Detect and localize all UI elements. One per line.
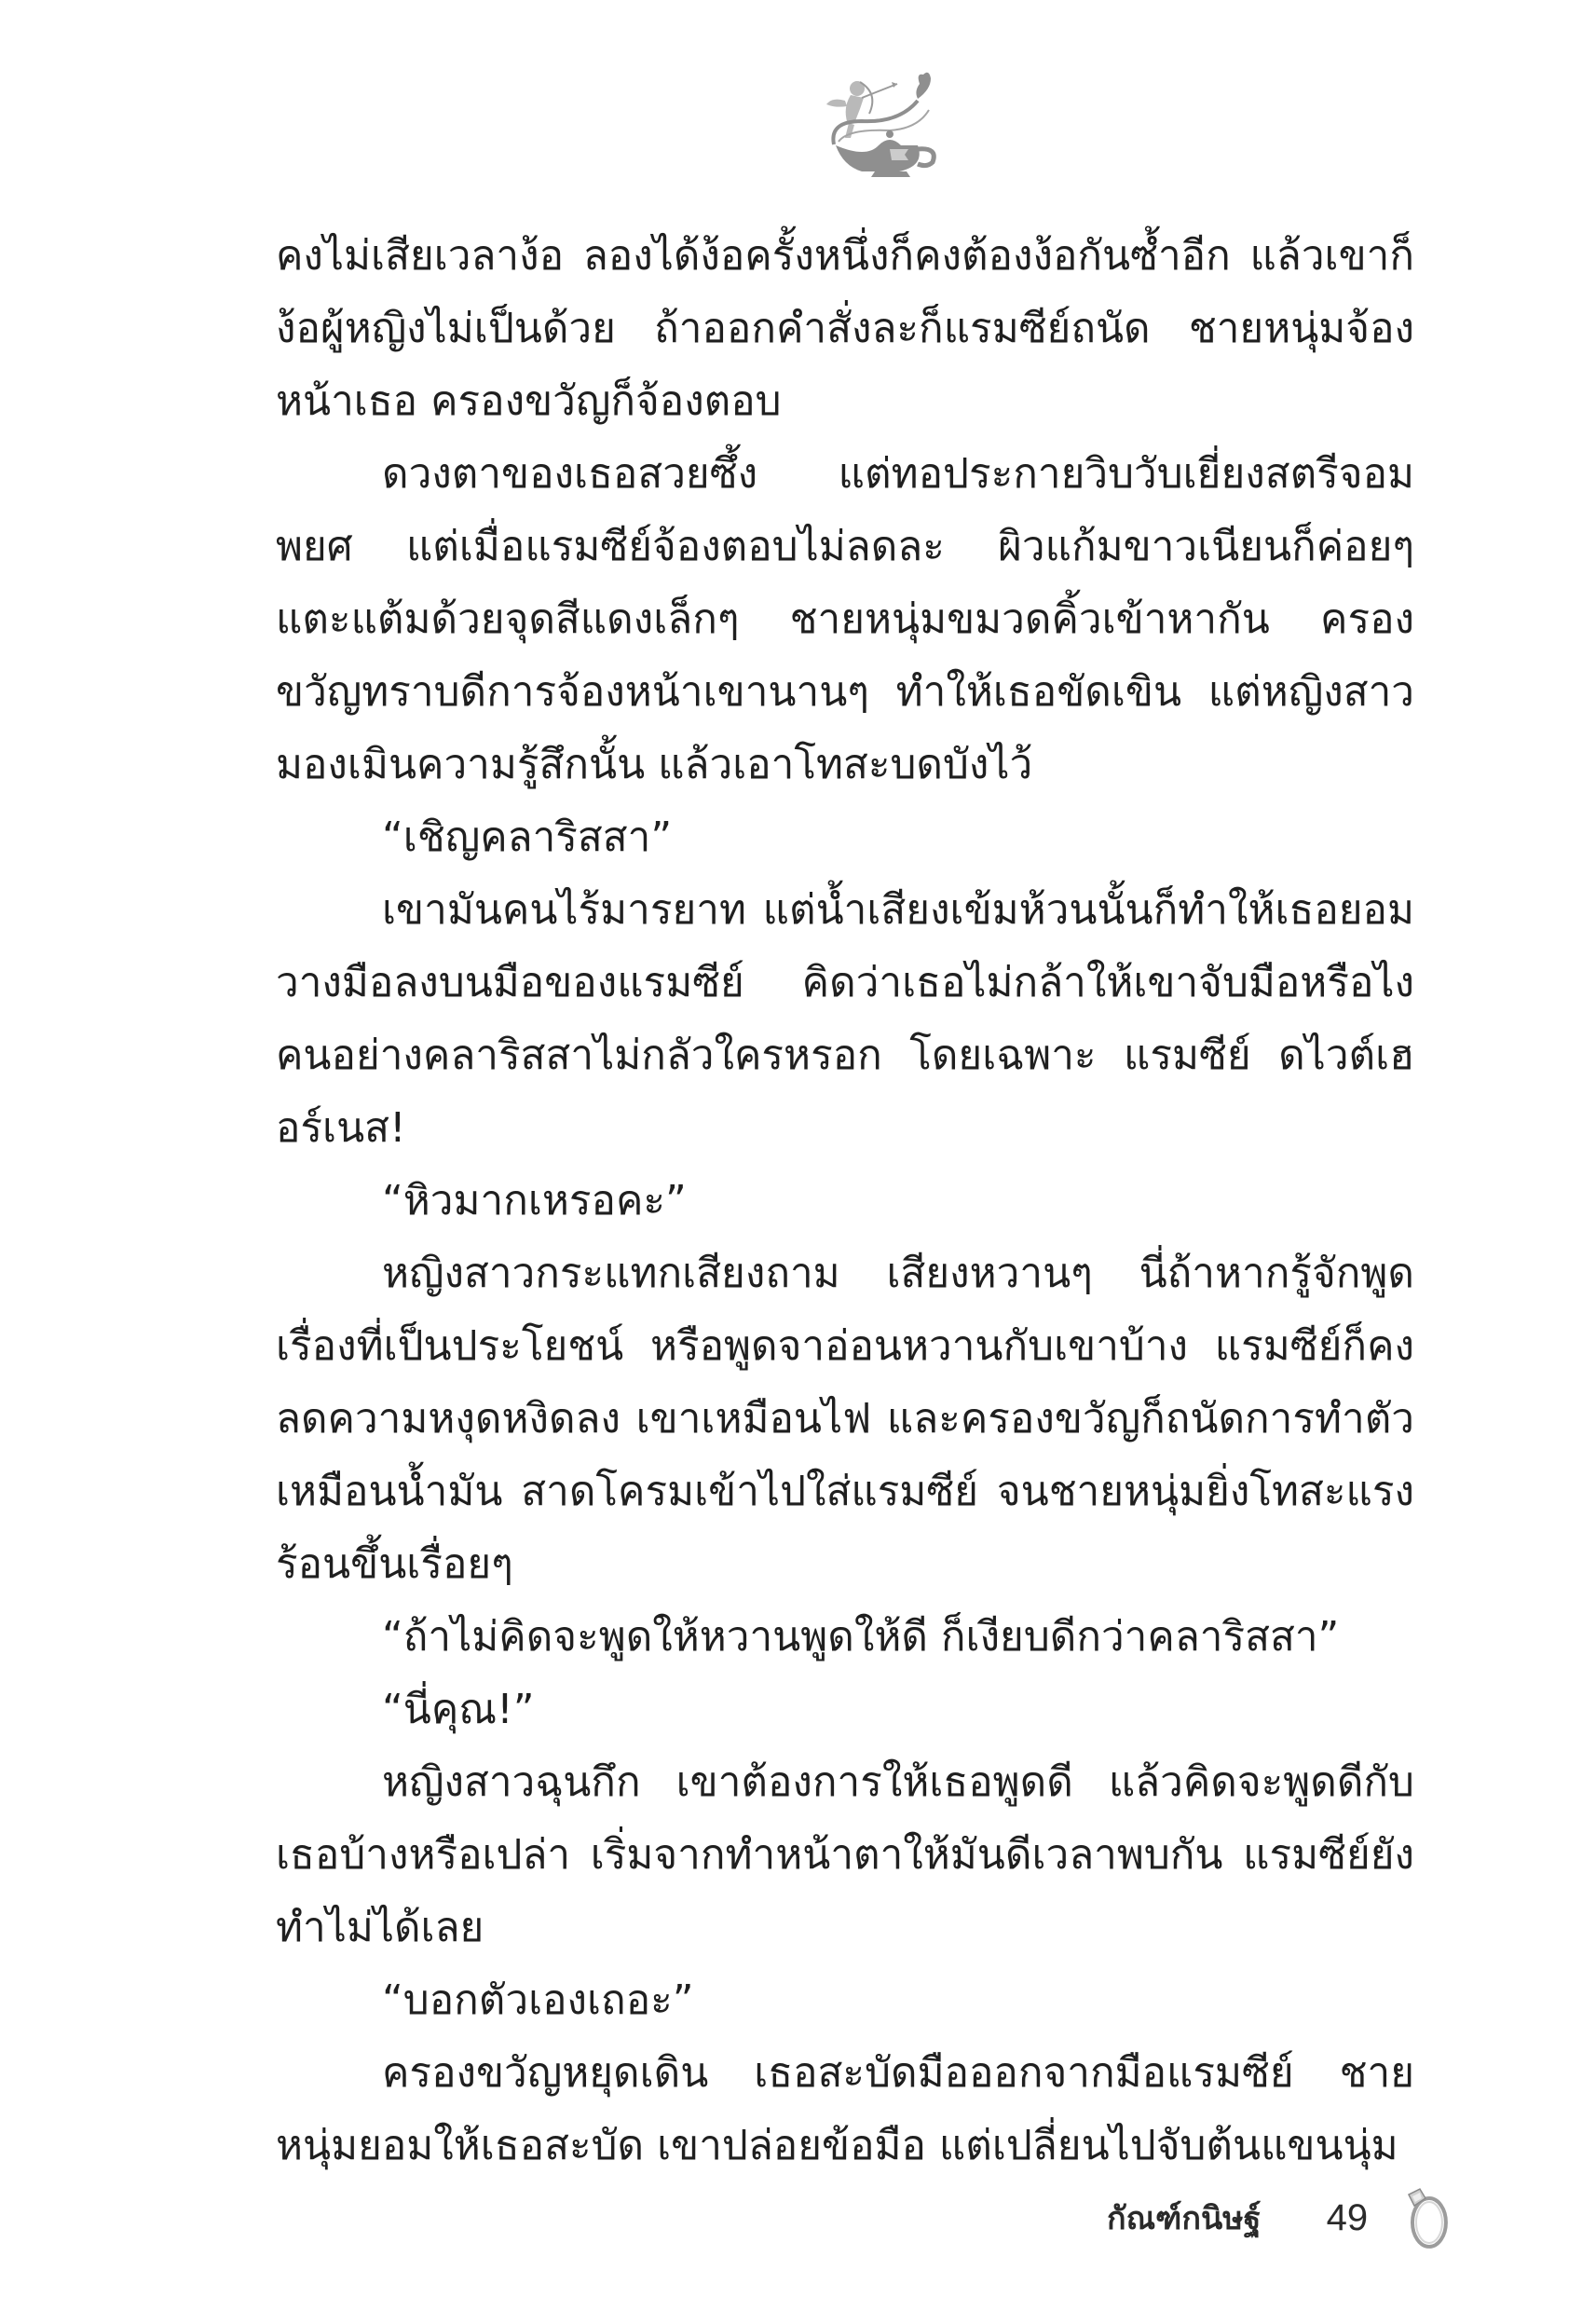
paragraph: ดวงตาของเธอสวยซึ้ง แต่ทอประกายวิบวับเยี่… xyxy=(276,438,1414,801)
book-title: กัณฑ์กนิษฐ์ xyxy=(1107,2193,1293,2243)
book-page: คงไม่เสียเวลาง้อ ลองได้ง้อครั้งหนึ่งก็คง… xyxy=(0,0,1596,2311)
paragraph: คงไม่เสียเวลาง้อ ลองได้ง้อครั้งหนึ่งก็คง… xyxy=(276,220,1414,438)
page-footer: กัณฑ์กนิษฐ์ 49 xyxy=(1099,2181,1453,2255)
diamond-ring-icon xyxy=(1401,2185,1453,2250)
paragraph: ครองขวัญหยุดเดิน เธอสะบัดมือออกจากมือแรม… xyxy=(276,2037,1414,2182)
paragraph: เขามันคนไร้มารยาท แต่น้ำเสียงเข้มห้วนนั้… xyxy=(276,874,1414,1165)
paragraph: หญิงสาวกระแทกเสียงถาม เสียงหวานๆ นี่ถ้าห… xyxy=(276,1238,1414,1601)
dialog-line: “บอกตัวเองเถอะ” xyxy=(276,1964,1414,2037)
paragraph: หญิงสาวฉุนกึก เขาต้องการให้เธอพูดดี แล้ว… xyxy=(276,1746,1414,1964)
dialog-line: “ถ้าไม่คิดจะพูดให้หวานพูดให้ดี ก็เงียบดี… xyxy=(276,1601,1414,1674)
chapter-body: คงไม่เสียเวลาง้อ ลองได้ง้อครั้งหนึ่งก็คง… xyxy=(276,220,1414,2182)
page-number: 49 xyxy=(1327,2197,1369,2239)
dialog-line: “เชิญคลาริสสา” xyxy=(276,801,1414,874)
dialog-line: “นี่คุณ!” xyxy=(276,1674,1414,1746)
cupid-magic-lamp-icon xyxy=(778,56,941,177)
dialog-line: “หิวมากเหรอคะ” xyxy=(276,1165,1414,1238)
